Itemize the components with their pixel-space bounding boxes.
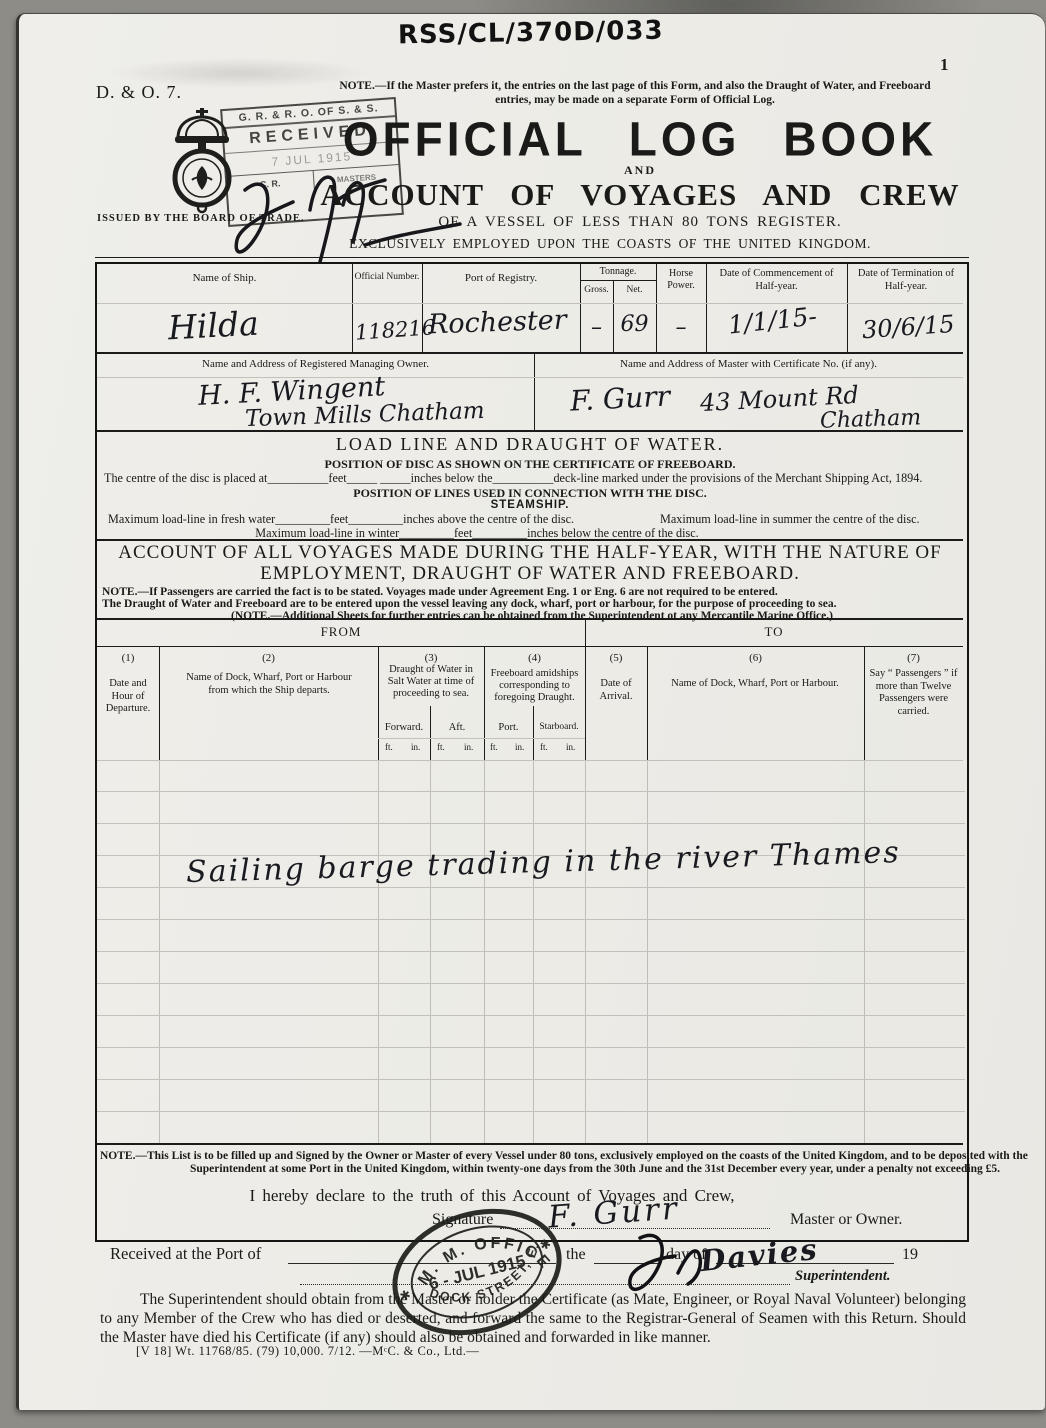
year-prefix: 19 — [902, 1246, 918, 1264]
col-port-of-registry: Port of Registry. — [422, 272, 580, 284]
master-header: Name and Address of Master with Certific… — [534, 358, 963, 370]
col-gross: Gross. — [580, 285, 613, 295]
load-line-line1: The centre of the disc is placed at_____… — [104, 471, 960, 486]
from-to-underrule — [97, 646, 963, 647]
col7-num: (7) — [864, 652, 963, 664]
master-address2: Chatham — [820, 405, 922, 434]
col2-num: (2) — [159, 652, 378, 664]
ship-table-divider — [706, 262, 707, 352]
col6-num: (6) — [647, 652, 864, 664]
col-tonnage: Tonnage. — [580, 266, 656, 277]
col4-label: Freeboard amidships corresponding to for… — [486, 668, 583, 704]
value-gross-tonnage: – — [580, 315, 613, 340]
faint-pencil-marks — [110, 58, 370, 88]
page-number: 1 — [940, 55, 949, 75]
voyage-table-bottom-rule — [97, 1143, 963, 1145]
scanned-log-book-page: RSS/CL/370D/033 1 D. & O. 7. NOTE.—If th… — [0, 0, 1046, 1428]
ft-label: ft. — [540, 742, 548, 752]
archive-reference: RSS/CL/370D/033 — [398, 16, 664, 51]
ft-label: ft. — [385, 742, 393, 752]
value-horse-power: – — [656, 315, 706, 340]
to-label: TO — [585, 624, 963, 640]
load-line-summer: Maximum load-line in summer the centre o… — [660, 512, 920, 527]
value-net-tonnage: 69 — [613, 312, 656, 337]
in-label: in. — [464, 742, 473, 752]
superintendent-paragraph: The Superintendent should obtain from th… — [100, 1290, 966, 1347]
ft-label: ft. — [437, 742, 445, 752]
col5-num: (5) — [585, 652, 647, 664]
account-heading-1: ACCOUNT OF ALL VOYAGES MADE DURING THE H… — [97, 542, 963, 564]
load-line-bottom-rule — [97, 539, 963, 541]
printer-code: [V 18] Wt. 11768/85. (79) 10,000. 7/12. … — [136, 1344, 479, 1359]
ship-table-divider — [847, 262, 848, 352]
account-note-3: (NOTE.—Additional Sheets for further ent… — [102, 610, 962, 624]
from-to-divider — [585, 620, 586, 760]
col3-label: Draught of Water in Salt Water at time o… — [380, 664, 482, 700]
declaration-note: NOTE.—This List is to be filled up and S… — [100, 1150, 1046, 1176]
col4-num: (4) — [484, 652, 585, 664]
col7-label: Say “ Passengers ” if more than Twelve P… — [866, 668, 961, 718]
col1-num: (1) — [97, 652, 159, 664]
title-and: AND — [330, 163, 950, 178]
load-line-fresh: Maximum load-line in fresh water________… — [108, 512, 574, 527]
ship-table-header-rule — [97, 303, 963, 304]
main-title: OFFICIAL LOG BOOK — [330, 111, 950, 167]
load-line-heading: LOAD LINE AND DRAUGHT OF WATER. — [97, 434, 963, 455]
forward-label: Forward. — [378, 722, 430, 733]
col-official-number: Official Number. — [352, 272, 422, 282]
voyage-table-top-rule — [97, 618, 963, 620]
subtitle-account: ACCOUNT OF VOYAGES AND CREW — [320, 177, 960, 213]
master-name: F. Gurr — [569, 379, 671, 417]
starboard-label: Starboard. — [533, 722, 585, 732]
load-line-sub1: POSITION OF DISC AS SHOWN ON THE CERTIFI… — [97, 457, 963, 472]
aft-label: Aft. — [430, 722, 484, 733]
load-line-steamship: STEAMSHIP. — [97, 499, 963, 511]
account-heading-2: EMPLOYMENT, DRAUGHT OF WATER AND FREEBOA… — [97, 563, 963, 585]
received-at-label: Received at the Port of — [110, 1244, 261, 1264]
double-rule-top — [95, 257, 969, 258]
col-horse-power: Horse Power. — [658, 268, 704, 292]
voyage-subcol-line — [430, 706, 431, 760]
col3-num: (3) — [378, 652, 484, 664]
col5-label: Date of Arrival. — [587, 678, 645, 703]
col2-label: Name of Dock, Wharf, Port or Harbour fro… — [175, 672, 363, 697]
subtitle-employed: EXCLUSIVELY EMPLOYED UPON THE COASTS OF … — [260, 236, 960, 252]
col-net: Net. — [613, 285, 656, 295]
col1-label: Date and Hour of Departure. — [99, 678, 157, 716]
ft-label: ft. — [490, 742, 498, 752]
ship-table-bottom-rule — [97, 352, 963, 354]
tonnage-subrule — [581, 280, 656, 281]
subtitle-vessel: OF A VESSEL OF LESS THAN 80 TONS REGISTE… — [330, 214, 950, 231]
col-commencement: Date of Commencement of Half-year. — [710, 268, 843, 293]
subcol-rule — [378, 738, 585, 739]
col-termination: Date of Termination of Half-year. — [851, 268, 961, 293]
value-name-of-ship: Hilda — [167, 304, 260, 348]
owner-master-header-rule — [97, 377, 963, 378]
in-label: in. — [515, 742, 524, 752]
voyage-subcol-line — [533, 706, 534, 760]
voyage-table-ruled-rows — [97, 760, 965, 1143]
in-label: in. — [411, 742, 420, 752]
from-label: FROM — [97, 624, 585, 640]
owner-header: Name and Address of Registered Managing … — [97, 358, 534, 370]
col6-label: Name of Dock, Wharf, Port or Harbour. — [660, 678, 850, 691]
in-label: in. — [566, 742, 575, 752]
col-name-of-ship: Name of Ship. — [97, 272, 352, 284]
top-note: NOTE.—If the Master prefers it, the entr… — [335, 80, 935, 107]
value-port-of-registry: Rochester — [428, 305, 568, 341]
port-label: Port. — [484, 722, 533, 733]
